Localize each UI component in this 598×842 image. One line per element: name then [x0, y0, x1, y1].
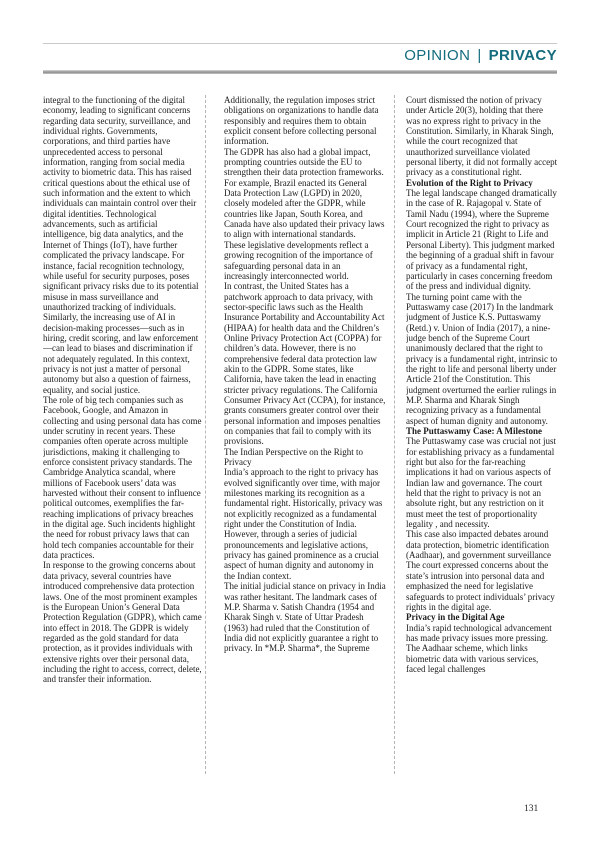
column-separator-1 — [205, 95, 206, 774]
column-separator-2 — [394, 95, 395, 774]
masthead: OPINION|PRIVACY — [43, 46, 557, 65]
paragraph: The Indian Perspective on the Right to P… — [224, 447, 386, 468]
paragraph: This case also impacted debates around d… — [406, 529, 558, 612]
paragraph: India’s approach to the right to privacy… — [224, 467, 386, 581]
subheading: Privacy in the Digital Age — [406, 612, 558, 622]
paragraph: India’s rapid technological advancement … — [406, 623, 558, 675]
paragraph: The role of big tech companies such as F… — [43, 395, 202, 561]
masthead-divider: | — [477, 47, 481, 64]
page-number: 131 — [524, 804, 538, 815]
header-rule-thick — [43, 70, 557, 74]
paragraph: The turning point came with the Puttaswa… — [406, 292, 558, 426]
paragraph: These legislative developments reflect a… — [224, 240, 386, 281]
paragraph: Additionally, the regulation imposes str… — [224, 95, 386, 147]
magazine-page: OPINION|PRIVACY integral to the function… — [0, 0, 598, 842]
paragraph: The legal landscape changed dramatically… — [406, 188, 558, 291]
paragraph: In response to the growing concerns abou… — [43, 560, 202, 684]
text-column-3: Court dismissed the notion of privacy un… — [406, 95, 558, 791]
paragraph: The Puttaswamy case was crucial not just… — [406, 436, 558, 529]
masthead-section-label: OPINION — [404, 47, 470, 64]
text-column-2: Additionally, the regulation imposes str… — [224, 95, 386, 791]
subheading: The Puttaswamy Case: A Milestone — [406, 426, 558, 436]
paragraph: The GDPR has also had a global impact, p… — [224, 147, 386, 240]
paragraph: The initial judicial stance on privacy i… — [224, 581, 386, 653]
header-rule-thin — [43, 43, 557, 44]
masthead-topic-label: PRIVACY — [489, 47, 557, 64]
paragraph: integral to the functioning of the digit… — [43, 95, 202, 395]
paragraph: In contrast, the United States has a pat… — [224, 281, 386, 447]
text-column-1: integral to the functioning of the digit… — [43, 95, 202, 791]
paragraph: Court dismissed the notion of privacy un… — [406, 95, 558, 178]
subheading: Evolution of the Right to Privacy — [406, 178, 558, 188]
